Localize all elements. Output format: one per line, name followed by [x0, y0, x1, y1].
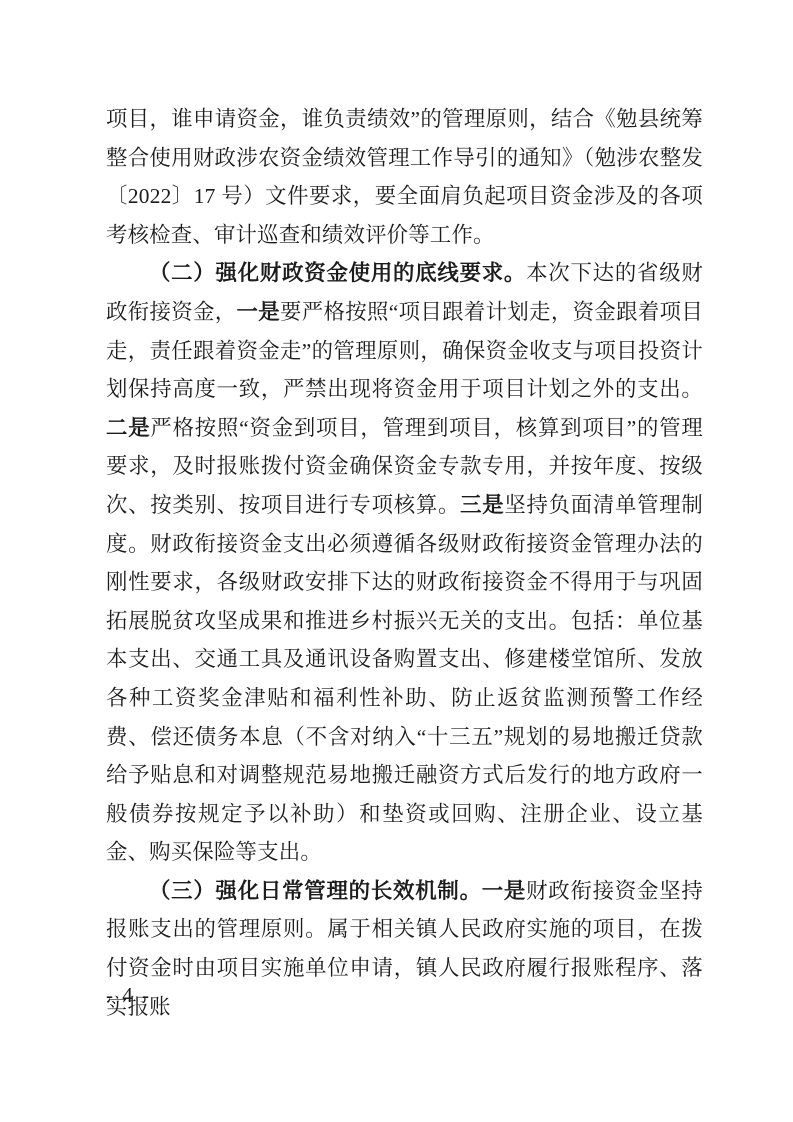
- document-page: 项目，谁申请资金，谁负责绩效”的管理原则，结合《勉县统筹整合使用财政涉农资金绩效…: [0, 0, 793, 1122]
- paragraph: 项目，谁申请资金，谁负责绩效”的管理原则，结合《勉县统筹整合使用财政涉农资金绩效…: [106, 100, 703, 254]
- bold-text-run: 二是: [106, 416, 150, 440]
- paragraph: （二）强化财政资金使用的底线要求。本次下达的省级财政衔接资金，一是要严格按照“项…: [106, 254, 703, 872]
- bold-text-run: （三）强化日常管理的长效机制。一是: [149, 879, 526, 903]
- text-run: 项目，谁申请资金，谁负责绩效”的管理原则，结合《勉县统筹整合使用财政涉农资金绩效…: [106, 107, 703, 247]
- bold-text-run: 三是: [460, 493, 504, 517]
- bold-text-run: 一是: [237, 300, 281, 324]
- page-number-footer: - 4 -: [106, 980, 151, 1010]
- text-run: 坚持负面清单管理制度。财政衔接资金支出必须遵循各级财政衔接资金管理办法的刚性要求…: [106, 493, 703, 864]
- paragraph: （三）强化日常管理的长效机制。一是财政衔接资金坚持报账支出的管理原则。属于相关镇…: [106, 872, 703, 1026]
- document-body: 项目，谁申请资金，谁负责绩效”的管理原则，结合《勉县统筹整合使用财政涉农资金绩效…: [106, 100, 703, 1026]
- bold-text-run: （二）强化财政资金使用的底线要求。: [149, 261, 526, 285]
